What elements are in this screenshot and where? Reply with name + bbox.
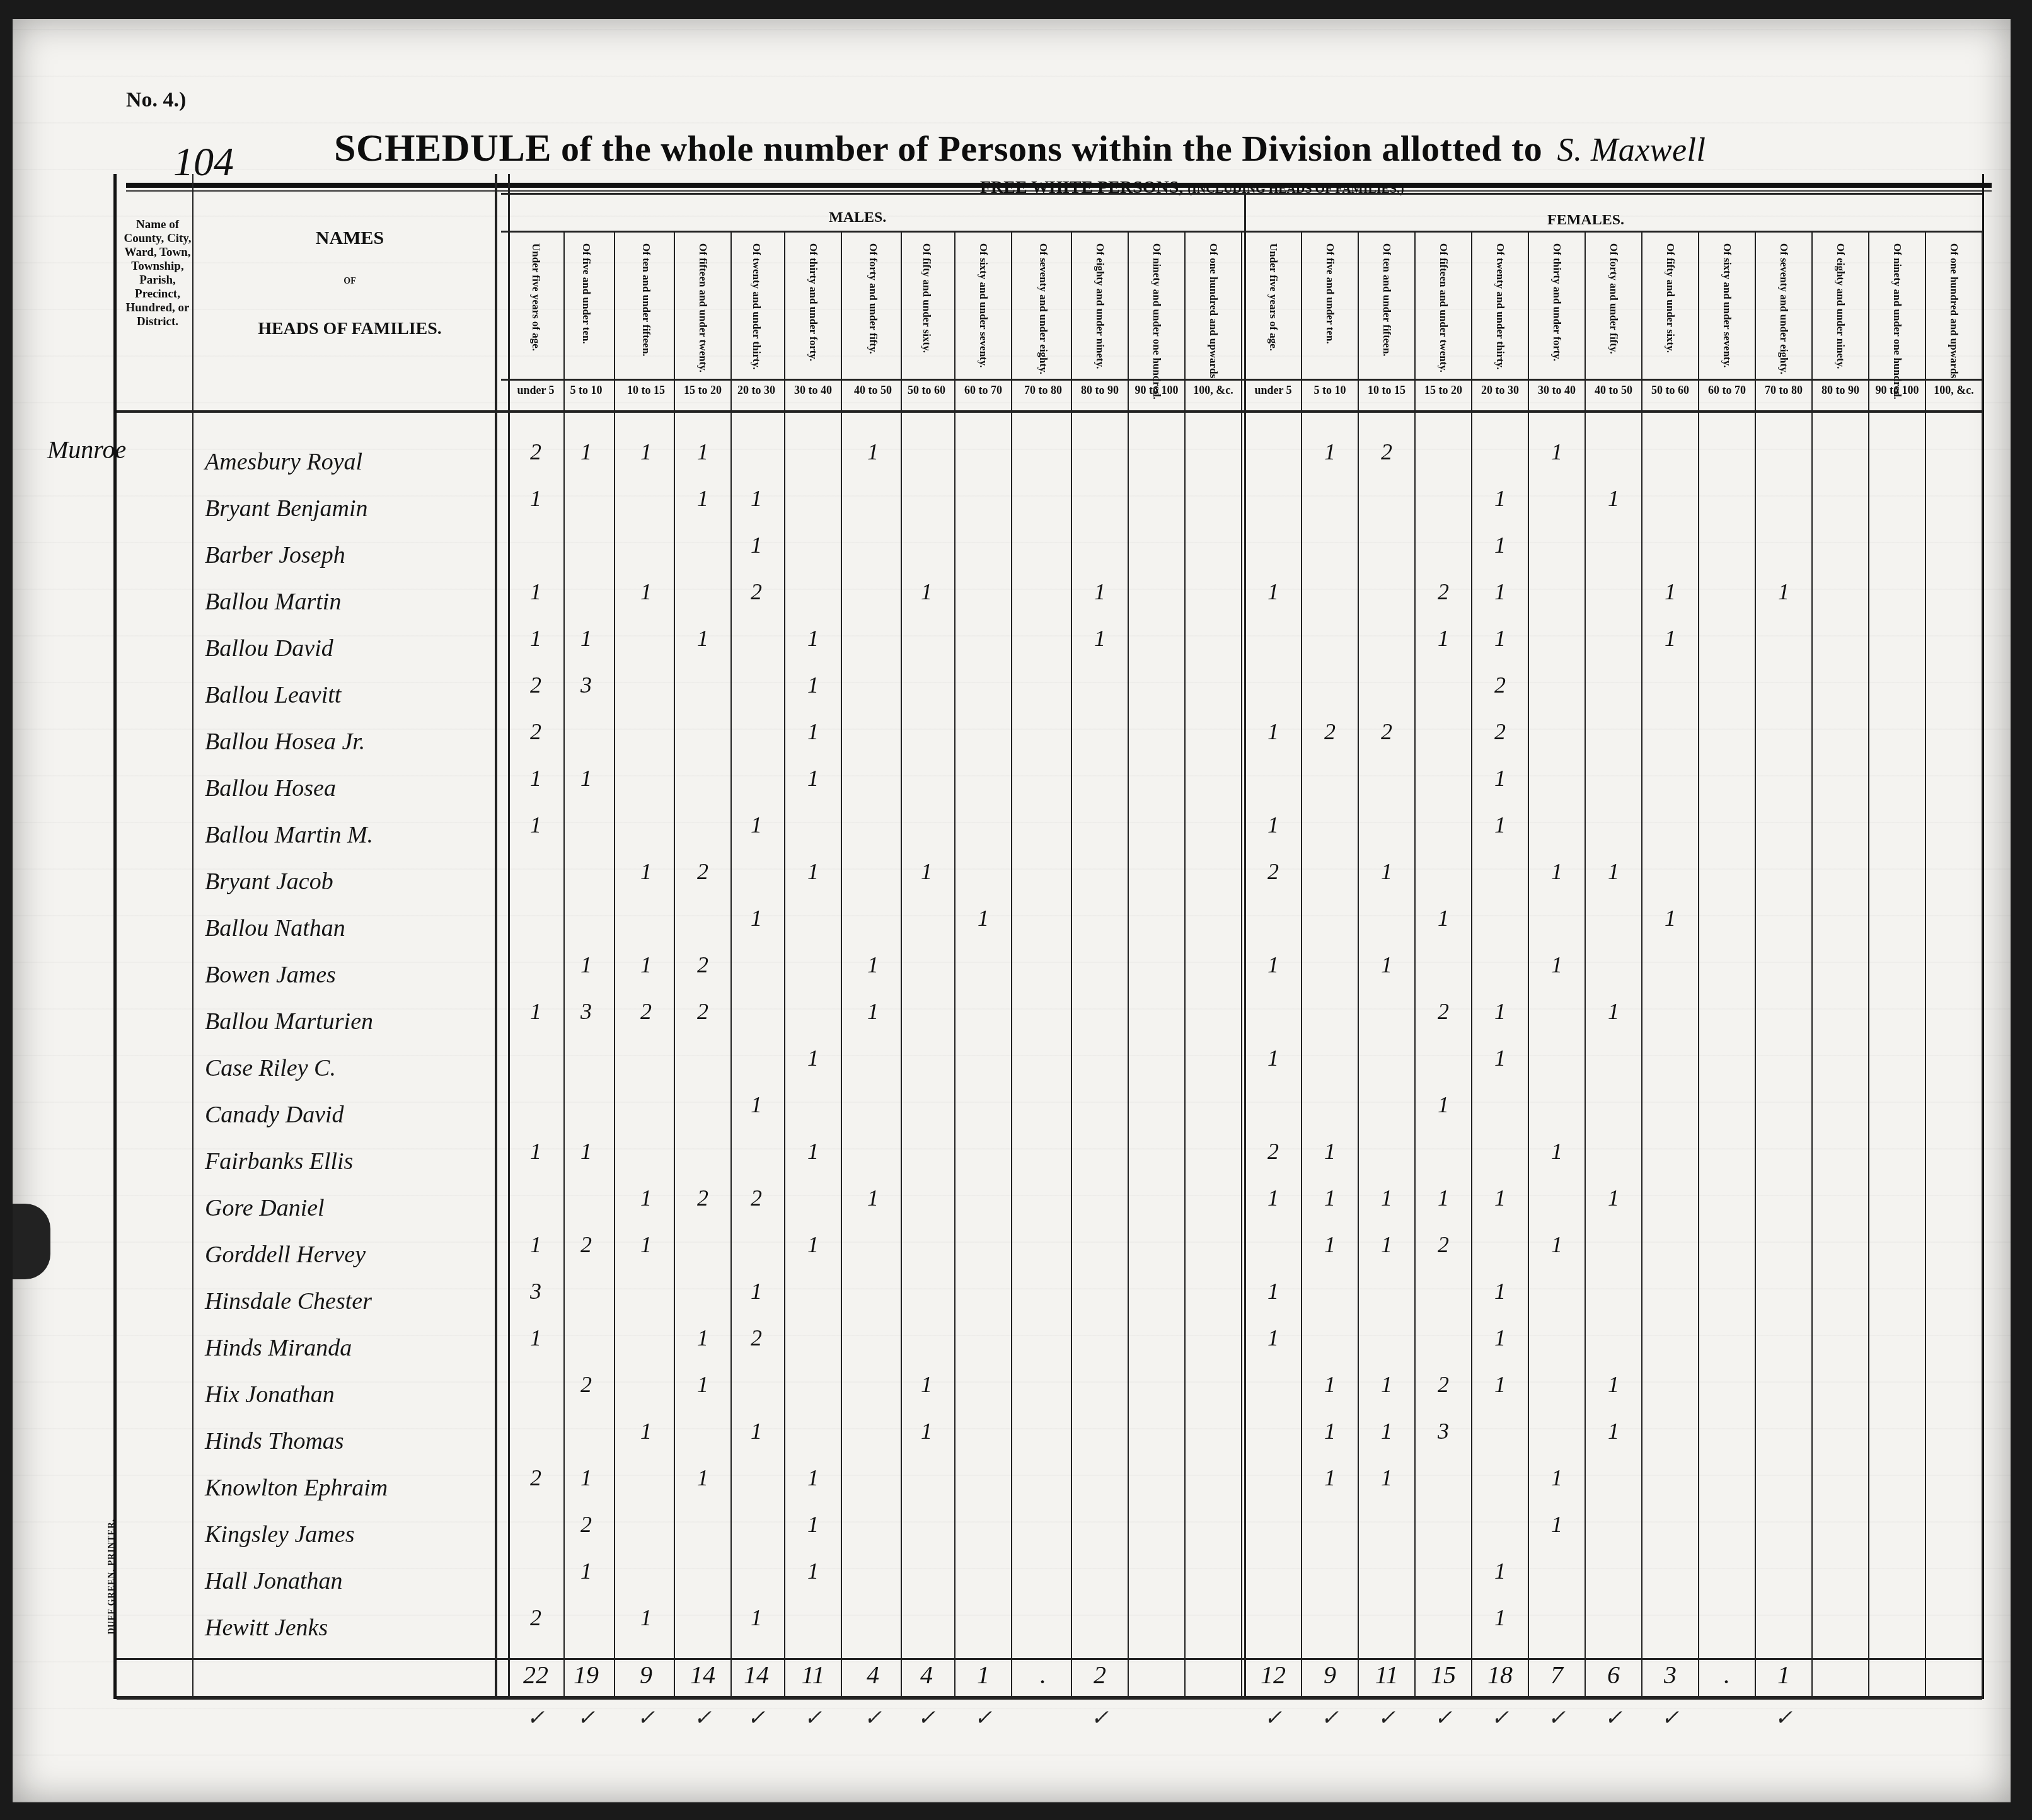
male-count-cell bbox=[1186, 1465, 1240, 1511]
male-count-cell: 1 bbox=[1073, 625, 1127, 672]
female-count-cell bbox=[1757, 1604, 1811, 1651]
male-count-cell bbox=[509, 1418, 563, 1465]
column-label: Of forty and under fifty. bbox=[867, 237, 879, 401]
female-total-cell: 15 bbox=[1416, 1660, 1470, 1690]
female-count-cell bbox=[1643, 952, 1697, 998]
female-count-cell bbox=[1246, 672, 1300, 718]
female-count-cell bbox=[1246, 1558, 1300, 1604]
female-count-cell bbox=[1359, 1325, 1414, 1371]
female-count-cell bbox=[1927, 1511, 1981, 1558]
male-count-cell bbox=[1016, 1604, 1070, 1651]
male-count-cell: 1 bbox=[729, 1604, 783, 1651]
female-count-cell bbox=[1586, 905, 1641, 952]
male-count-cell bbox=[786, 1604, 840, 1651]
male-count-cell bbox=[676, 765, 730, 812]
male-count-cell bbox=[1129, 1231, 1184, 1278]
female-count-cell bbox=[1246, 439, 1300, 485]
female-count-cell: 1 bbox=[1246, 1185, 1300, 1231]
male-count-cell bbox=[1129, 485, 1184, 532]
female-count-cell bbox=[1643, 1558, 1697, 1604]
male-count-cell bbox=[676, 1558, 730, 1604]
female-count-cell bbox=[1643, 672, 1697, 718]
female-count-cell bbox=[1246, 1465, 1300, 1511]
check-mark: ✓ bbox=[1643, 1705, 1697, 1731]
female-count-cell bbox=[1586, 579, 1641, 625]
check-mark: ✓ bbox=[956, 1705, 1010, 1731]
male-count-cell bbox=[899, 765, 954, 812]
male-count-cell bbox=[559, 1045, 613, 1091]
male-column-header-9: Of seventy and under eighty. bbox=[1016, 237, 1070, 401]
female-count-cell: 1 bbox=[1473, 998, 1527, 1045]
female-count-cell bbox=[1416, 532, 1470, 579]
male-count-cell: 1 bbox=[509, 765, 563, 812]
female-count-cell bbox=[1530, 812, 1584, 858]
column-label: Of ten and under fifteen. bbox=[640, 237, 652, 401]
male-count-cell bbox=[956, 812, 1010, 858]
male-count-cell: 1 bbox=[729, 485, 783, 532]
female-count-cell bbox=[1416, 1604, 1470, 1651]
male-count-cell bbox=[1186, 765, 1240, 812]
female-count-cell: 1 bbox=[1359, 1231, 1414, 1278]
female-count-cell: 1 bbox=[1416, 1185, 1470, 1231]
male-count-cell: 2 bbox=[676, 998, 730, 1045]
female-count-cell: 1 bbox=[1359, 1185, 1414, 1231]
names-of: OF bbox=[211, 275, 488, 289]
male-count-cell: 1 bbox=[786, 858, 840, 905]
male-count-cell bbox=[899, 1091, 954, 1138]
female-count-cell bbox=[1416, 1325, 1470, 1371]
male-count-cell: 1 bbox=[676, 1465, 730, 1511]
female-count-cell bbox=[1416, 718, 1470, 765]
male-count-cell: 1 bbox=[786, 765, 840, 812]
female-count-cell bbox=[1700, 1231, 1754, 1278]
male-count-cell bbox=[899, 672, 954, 718]
title-rest: of the whole number of Persons within th… bbox=[561, 128, 1542, 169]
male-count-cell bbox=[509, 1371, 563, 1418]
column-rule bbox=[1868, 231, 1869, 1699]
male-count-cell bbox=[899, 532, 954, 579]
female-count-cell: 1 bbox=[1246, 952, 1300, 998]
male-count-cell bbox=[1186, 532, 1240, 579]
female-count-cell: 1 bbox=[1586, 1371, 1641, 1418]
female-count-cell bbox=[1643, 532, 1697, 579]
female-count-cell bbox=[1530, 579, 1584, 625]
male-count-cell bbox=[1016, 905, 1070, 952]
male-count-cell bbox=[619, 672, 673, 718]
female-count-cell bbox=[1927, 1278, 1981, 1325]
male-count-cell bbox=[956, 1418, 1010, 1465]
column-label: Of ten and under fifteen. bbox=[1381, 237, 1393, 401]
male-count-cell: 2 bbox=[729, 579, 783, 625]
male-count-cell: 1 bbox=[676, 485, 730, 532]
male-count-cell: 2 bbox=[559, 1231, 613, 1278]
female-count-cell bbox=[1643, 812, 1697, 858]
female-count-cell bbox=[1927, 1045, 1981, 1091]
male-count-cell: 1 bbox=[729, 812, 783, 858]
female-count-cell: 2 bbox=[1416, 1371, 1470, 1418]
column-rule bbox=[784, 231, 785, 1699]
female-count-cell bbox=[1473, 1418, 1527, 1465]
female-count-cell bbox=[1473, 1091, 1527, 1138]
female-count-cell bbox=[1700, 1558, 1754, 1604]
male-count-cell bbox=[1129, 1278, 1184, 1325]
check-mark: ✓ bbox=[1757, 1705, 1811, 1731]
female-column-header-6: Of forty and under fifty. bbox=[1586, 237, 1641, 401]
male-total-cell: 2 bbox=[1073, 1660, 1127, 1690]
female-count-cell bbox=[1246, 1511, 1300, 1558]
head-of-family-name: Gorddell Hervey bbox=[205, 1231, 482, 1278]
female-column-header-5: Of thirty and under forty. bbox=[1530, 237, 1584, 401]
female-count-cell bbox=[1700, 1278, 1754, 1325]
check-mark: ✓ bbox=[1416, 1705, 1470, 1731]
male-count-cell bbox=[1073, 1465, 1127, 1511]
county-name: Munroe bbox=[47, 435, 126, 464]
male-count-cell bbox=[1186, 1371, 1240, 1418]
column-label: Of forty and under fifty. bbox=[1608, 237, 1620, 401]
male-count-cell: 2 bbox=[509, 718, 563, 765]
male-column-header-11: Of ninety and under one hundred. bbox=[1129, 237, 1184, 401]
male-count-cell bbox=[846, 485, 900, 532]
female-column-header-10: Of eighty and under ninety. bbox=[1813, 237, 1867, 401]
check-mark: ✓ bbox=[1073, 1705, 1127, 1731]
female-count-cell bbox=[1303, 998, 1357, 1045]
female-count-cell bbox=[1700, 1185, 1754, 1231]
female-count-cell bbox=[1530, 672, 1584, 718]
female-count-cell bbox=[1813, 579, 1867, 625]
male-count-cell: 1 bbox=[899, 1371, 954, 1418]
female-column-header-7: Of fifty and under sixty. bbox=[1643, 237, 1697, 401]
female-count-cell: 1 bbox=[1246, 579, 1300, 625]
males-header: MALES. bbox=[829, 209, 886, 226]
female-count-cell bbox=[1359, 532, 1414, 579]
male-count-cell bbox=[899, 1231, 954, 1278]
female-count-cell bbox=[1416, 858, 1470, 905]
female-count-cell bbox=[1643, 1231, 1697, 1278]
head-of-family-name: Ballou Hosea bbox=[205, 765, 482, 812]
female-count-cell bbox=[1813, 998, 1867, 1045]
male-count-cell bbox=[956, 485, 1010, 532]
head-of-family-name: Knowlton Ephraim bbox=[205, 1465, 482, 1511]
column-label: Of eighty and under ninety. bbox=[1835, 237, 1847, 401]
male-count-cell bbox=[1016, 1371, 1070, 1418]
male-count-cell bbox=[956, 579, 1010, 625]
head-of-family-name: Hewitt Jenks bbox=[205, 1604, 482, 1651]
female-count-cell bbox=[1870, 1371, 1924, 1418]
female-total-cell: 9 bbox=[1303, 1660, 1357, 1690]
male-count-cell bbox=[956, 1045, 1010, 1091]
male-count-cell: 1 bbox=[899, 858, 954, 905]
female-count-cell bbox=[1643, 718, 1697, 765]
male-count-cell bbox=[1186, 998, 1240, 1045]
head-of-family-name: Gore Daniel bbox=[205, 1185, 482, 1231]
female-count-cell bbox=[1870, 812, 1924, 858]
male-count-cell bbox=[619, 1511, 673, 1558]
female-count-cell bbox=[1927, 905, 1981, 952]
female-count-cell: 1 bbox=[1473, 1371, 1527, 1418]
male-column-header-7: Of fifty and under sixty. bbox=[899, 237, 954, 401]
male-count-cell: 1 bbox=[559, 1465, 613, 1511]
female-count-cell bbox=[1643, 485, 1697, 532]
column-label: Of twenty and under thirty. bbox=[1494, 237, 1506, 401]
column-age-range: 40 to 50 bbox=[845, 384, 901, 397]
female-count-cell: 1 bbox=[1586, 1185, 1641, 1231]
female-column-header-8: Of sixty and under seventy. bbox=[1700, 237, 1754, 401]
male-count-cell bbox=[1186, 1418, 1240, 1465]
female-count-cell: 3 bbox=[1416, 1418, 1470, 1465]
male-count-cell bbox=[846, 1465, 900, 1511]
male-count-cell: 1 bbox=[786, 1138, 840, 1185]
male-count-cell bbox=[1016, 1091, 1070, 1138]
female-count-cell bbox=[1813, 952, 1867, 998]
female-count-cell bbox=[1586, 1278, 1641, 1325]
female-count-cell bbox=[1586, 532, 1641, 579]
female-count-cell: 1 bbox=[1586, 858, 1641, 905]
female-count-cell bbox=[1530, 1185, 1584, 1231]
female-count-cell bbox=[1586, 765, 1641, 812]
female-count-cell bbox=[1813, 1278, 1867, 1325]
male-count-cell bbox=[1186, 1138, 1240, 1185]
male-count-cell bbox=[1129, 532, 1184, 579]
female-count-cell bbox=[1700, 998, 1754, 1045]
column-rule bbox=[1755, 231, 1756, 1699]
heads-of-families-title: HEADS OF FAMILIES. bbox=[211, 319, 488, 339]
female-count-cell bbox=[1927, 718, 1981, 765]
female-count-cell bbox=[1870, 858, 1924, 905]
male-count-cell bbox=[619, 1045, 673, 1091]
male-count-cell bbox=[1016, 1185, 1070, 1231]
female-count-cell bbox=[1473, 1511, 1527, 1558]
female-count-cell bbox=[1586, 1558, 1641, 1604]
male-count-cell bbox=[786, 579, 840, 625]
male-count-cell: 1 bbox=[729, 1091, 783, 1138]
male-count-cell bbox=[956, 1091, 1010, 1138]
female-count-cell bbox=[1416, 1138, 1470, 1185]
female-count-cell bbox=[1927, 1371, 1981, 1418]
female-count-cell bbox=[1303, 905, 1357, 952]
male-count-cell bbox=[1186, 1185, 1240, 1231]
female-count-cell bbox=[1813, 858, 1867, 905]
male-count-cell: 1 bbox=[786, 625, 840, 672]
female-count-cell bbox=[1927, 1138, 1981, 1185]
male-count-cell bbox=[786, 532, 840, 579]
female-count-cell bbox=[1303, 812, 1357, 858]
male-count-cell: 1 bbox=[619, 1185, 673, 1231]
male-count-cell bbox=[509, 1511, 563, 1558]
male-count-cell bbox=[509, 1558, 563, 1604]
female-count-cell: 1 bbox=[1643, 625, 1697, 672]
female-count-cell: 1 bbox=[1473, 625, 1527, 672]
male-count-cell bbox=[559, 485, 613, 532]
female-count-cell bbox=[1246, 905, 1300, 952]
female-count-cell bbox=[1359, 625, 1414, 672]
female-count-cell: 1 bbox=[1303, 1185, 1357, 1231]
female-count-cell bbox=[1870, 579, 1924, 625]
female-count-cell bbox=[1530, 532, 1584, 579]
column-age-range: 15 to 20 bbox=[1415, 384, 1472, 397]
male-count-cell bbox=[619, 1091, 673, 1138]
male-count-cell bbox=[1073, 1511, 1127, 1558]
female-count-cell bbox=[1473, 1231, 1527, 1278]
female-count-cell bbox=[1700, 1511, 1754, 1558]
male-count-cell bbox=[559, 718, 613, 765]
male-count-cell: 2 bbox=[509, 672, 563, 718]
male-count-cell bbox=[1129, 858, 1184, 905]
male-count-cell bbox=[1129, 1558, 1184, 1604]
head-of-family-name: Ballou Martin M. bbox=[205, 812, 482, 858]
male-count-cell: 1 bbox=[509, 485, 563, 532]
female-count-cell bbox=[1927, 439, 1981, 485]
female-count-cell: 1 bbox=[1530, 1465, 1584, 1511]
male-count-cell bbox=[619, 1371, 673, 1418]
female-count-cell bbox=[1643, 858, 1697, 905]
head-of-family-name: Amesbury Royal bbox=[205, 439, 482, 485]
male-count-cell bbox=[676, 718, 730, 765]
male-count-cell bbox=[1073, 952, 1127, 998]
female-count-cell bbox=[1246, 998, 1300, 1045]
male-column-header-2: Of ten and under fifteen. bbox=[619, 237, 673, 401]
male-count-cell bbox=[1016, 998, 1070, 1045]
male-count-cell: 1 bbox=[559, 765, 613, 812]
head-of-family-name: Bryant Benjamin bbox=[205, 485, 482, 532]
male-count-cell bbox=[846, 625, 900, 672]
head-of-family-name: Hall Jonathan bbox=[205, 1558, 482, 1604]
female-count-cell bbox=[1870, 485, 1924, 532]
names-title: NAMES bbox=[211, 227, 488, 249]
female-count-cell bbox=[1927, 625, 1981, 672]
female-count-cell bbox=[1813, 1371, 1867, 1418]
female-count-cell: 2 bbox=[1473, 718, 1527, 765]
female-count-cell: 1 bbox=[1643, 579, 1697, 625]
male-column-header-1: Of five and under ten. bbox=[559, 237, 613, 401]
male-column-header-12: Of one hundred and upwards. bbox=[1186, 237, 1240, 401]
female-count-cell bbox=[1473, 905, 1527, 952]
column-label: Of fifty and under sixty. bbox=[1665, 237, 1677, 401]
female-count-cell bbox=[1643, 1604, 1697, 1651]
male-count-cell bbox=[786, 1278, 840, 1325]
head-of-family-name: Ballou Hosea Jr. bbox=[205, 718, 482, 765]
female-count-cell: 2 bbox=[1246, 1138, 1300, 1185]
female-count-cell bbox=[1473, 1465, 1527, 1511]
check-mark: ✓ bbox=[676, 1705, 730, 1731]
male-count-cell bbox=[559, 532, 613, 579]
male-count-cell bbox=[846, 1511, 900, 1558]
male-count-cell: 1 bbox=[786, 1511, 840, 1558]
column-age-range: 100, &c. bbox=[1925, 384, 1982, 397]
male-count-cell bbox=[1186, 1325, 1240, 1371]
female-count-cell bbox=[1246, 625, 1300, 672]
female-count-cell bbox=[1359, 1278, 1414, 1325]
female-count-cell bbox=[1303, 952, 1357, 998]
column-label: Of thirty and under forty. bbox=[1551, 237, 1563, 401]
female-count-cell bbox=[1700, 858, 1754, 905]
head-of-family-name: Ballou Leavitt bbox=[205, 672, 482, 718]
column-age-range: 5 to 10 bbox=[558, 384, 615, 397]
male-count-cell bbox=[1186, 1231, 1240, 1278]
male-count-cell bbox=[509, 858, 563, 905]
male-count-cell: 1 bbox=[509, 625, 563, 672]
male-count-cell bbox=[1016, 1511, 1070, 1558]
female-count-cell bbox=[1700, 718, 1754, 765]
male-count-cell: 2 bbox=[509, 439, 563, 485]
county-column-header: Name of County, City, Ward, Town, Townsh… bbox=[123, 218, 192, 329]
female-count-cell bbox=[1927, 579, 1981, 625]
column-rule bbox=[730, 231, 732, 1699]
female-column-header-0: Under five years of age. bbox=[1246, 237, 1300, 401]
male-count-cell: 1 bbox=[786, 1465, 840, 1511]
male-count-cell bbox=[956, 718, 1010, 765]
male-count-cell bbox=[729, 1511, 783, 1558]
female-count-cell bbox=[1303, 1278, 1357, 1325]
male-count-cell bbox=[1129, 1185, 1184, 1231]
female-count-cell bbox=[1246, 532, 1300, 579]
column-age-range: 80 to 90 bbox=[1071, 384, 1128, 397]
column-age-range: 60 to 70 bbox=[955, 384, 1012, 397]
column-label: Of seventy and under eighty. bbox=[1037, 237, 1049, 401]
female-total-cell: 1 bbox=[1757, 1660, 1811, 1690]
male-total-cell: 1 bbox=[956, 1660, 1010, 1690]
title-prefix: SCHEDULE bbox=[334, 127, 551, 170]
male-count-cell bbox=[899, 718, 954, 765]
male-count-cell: 2 bbox=[729, 1325, 783, 1371]
male-count-cell bbox=[729, 1371, 783, 1418]
male-count-cell bbox=[676, 812, 730, 858]
female-count-cell bbox=[1757, 1371, 1811, 1418]
female-count-cell bbox=[1586, 672, 1641, 718]
female-count-cell bbox=[1700, 1325, 1754, 1371]
column-age-range: 5 to 10 bbox=[1302, 384, 1358, 397]
female-count-cell: 1 bbox=[1303, 1418, 1357, 1465]
female-count-cell bbox=[1927, 765, 1981, 812]
male-count-cell bbox=[846, 718, 900, 765]
females-header: FEMALES. bbox=[1547, 212, 1624, 229]
female-count-cell: 2 bbox=[1246, 858, 1300, 905]
female-count-cell bbox=[1586, 439, 1641, 485]
male-count-cell bbox=[676, 1418, 730, 1465]
female-count-cell bbox=[1303, 672, 1357, 718]
column-label: Of eighty and under ninety. bbox=[1094, 237, 1106, 401]
female-count-cell bbox=[1246, 1371, 1300, 1418]
male-count-cell bbox=[1016, 1465, 1070, 1511]
column-label: Of ninety and under one hundred. bbox=[1151, 237, 1163, 401]
male-count-cell bbox=[1016, 1325, 1070, 1371]
male-count-cell bbox=[1129, 952, 1184, 998]
column-rule bbox=[1528, 231, 1529, 1699]
male-count-cell bbox=[1073, 718, 1127, 765]
male-count-cell bbox=[846, 1278, 900, 1325]
male-count-cell bbox=[559, 905, 613, 952]
female-count-cell bbox=[1700, 1138, 1754, 1185]
column-label: Of one hundred and upwards. bbox=[1948, 237, 1960, 401]
female-count-cell bbox=[1359, 765, 1414, 812]
male-count-cell: 1 bbox=[956, 905, 1010, 952]
column-age-range: 70 to 80 bbox=[1755, 384, 1812, 397]
female-count-cell bbox=[1416, 765, 1470, 812]
female-count-cell bbox=[1927, 1604, 1981, 1651]
column-age-range: 80 to 90 bbox=[1812, 384, 1869, 397]
check-mark: ✓ bbox=[729, 1705, 783, 1731]
column-label: Of ninety and under one hundred. bbox=[1891, 237, 1903, 401]
male-total-cell: 4 bbox=[846, 1660, 900, 1690]
female-count-cell bbox=[1813, 1604, 1867, 1651]
female-count-cell bbox=[1700, 485, 1754, 532]
male-count-cell bbox=[1186, 1511, 1240, 1558]
male-count-cell bbox=[559, 812, 613, 858]
male-count-cell bbox=[729, 1231, 783, 1278]
female-count-cell bbox=[1643, 1465, 1697, 1511]
female-count-cell: 1 bbox=[1473, 765, 1527, 812]
female-count-cell bbox=[1246, 1091, 1300, 1138]
female-count-cell bbox=[1813, 1045, 1867, 1091]
